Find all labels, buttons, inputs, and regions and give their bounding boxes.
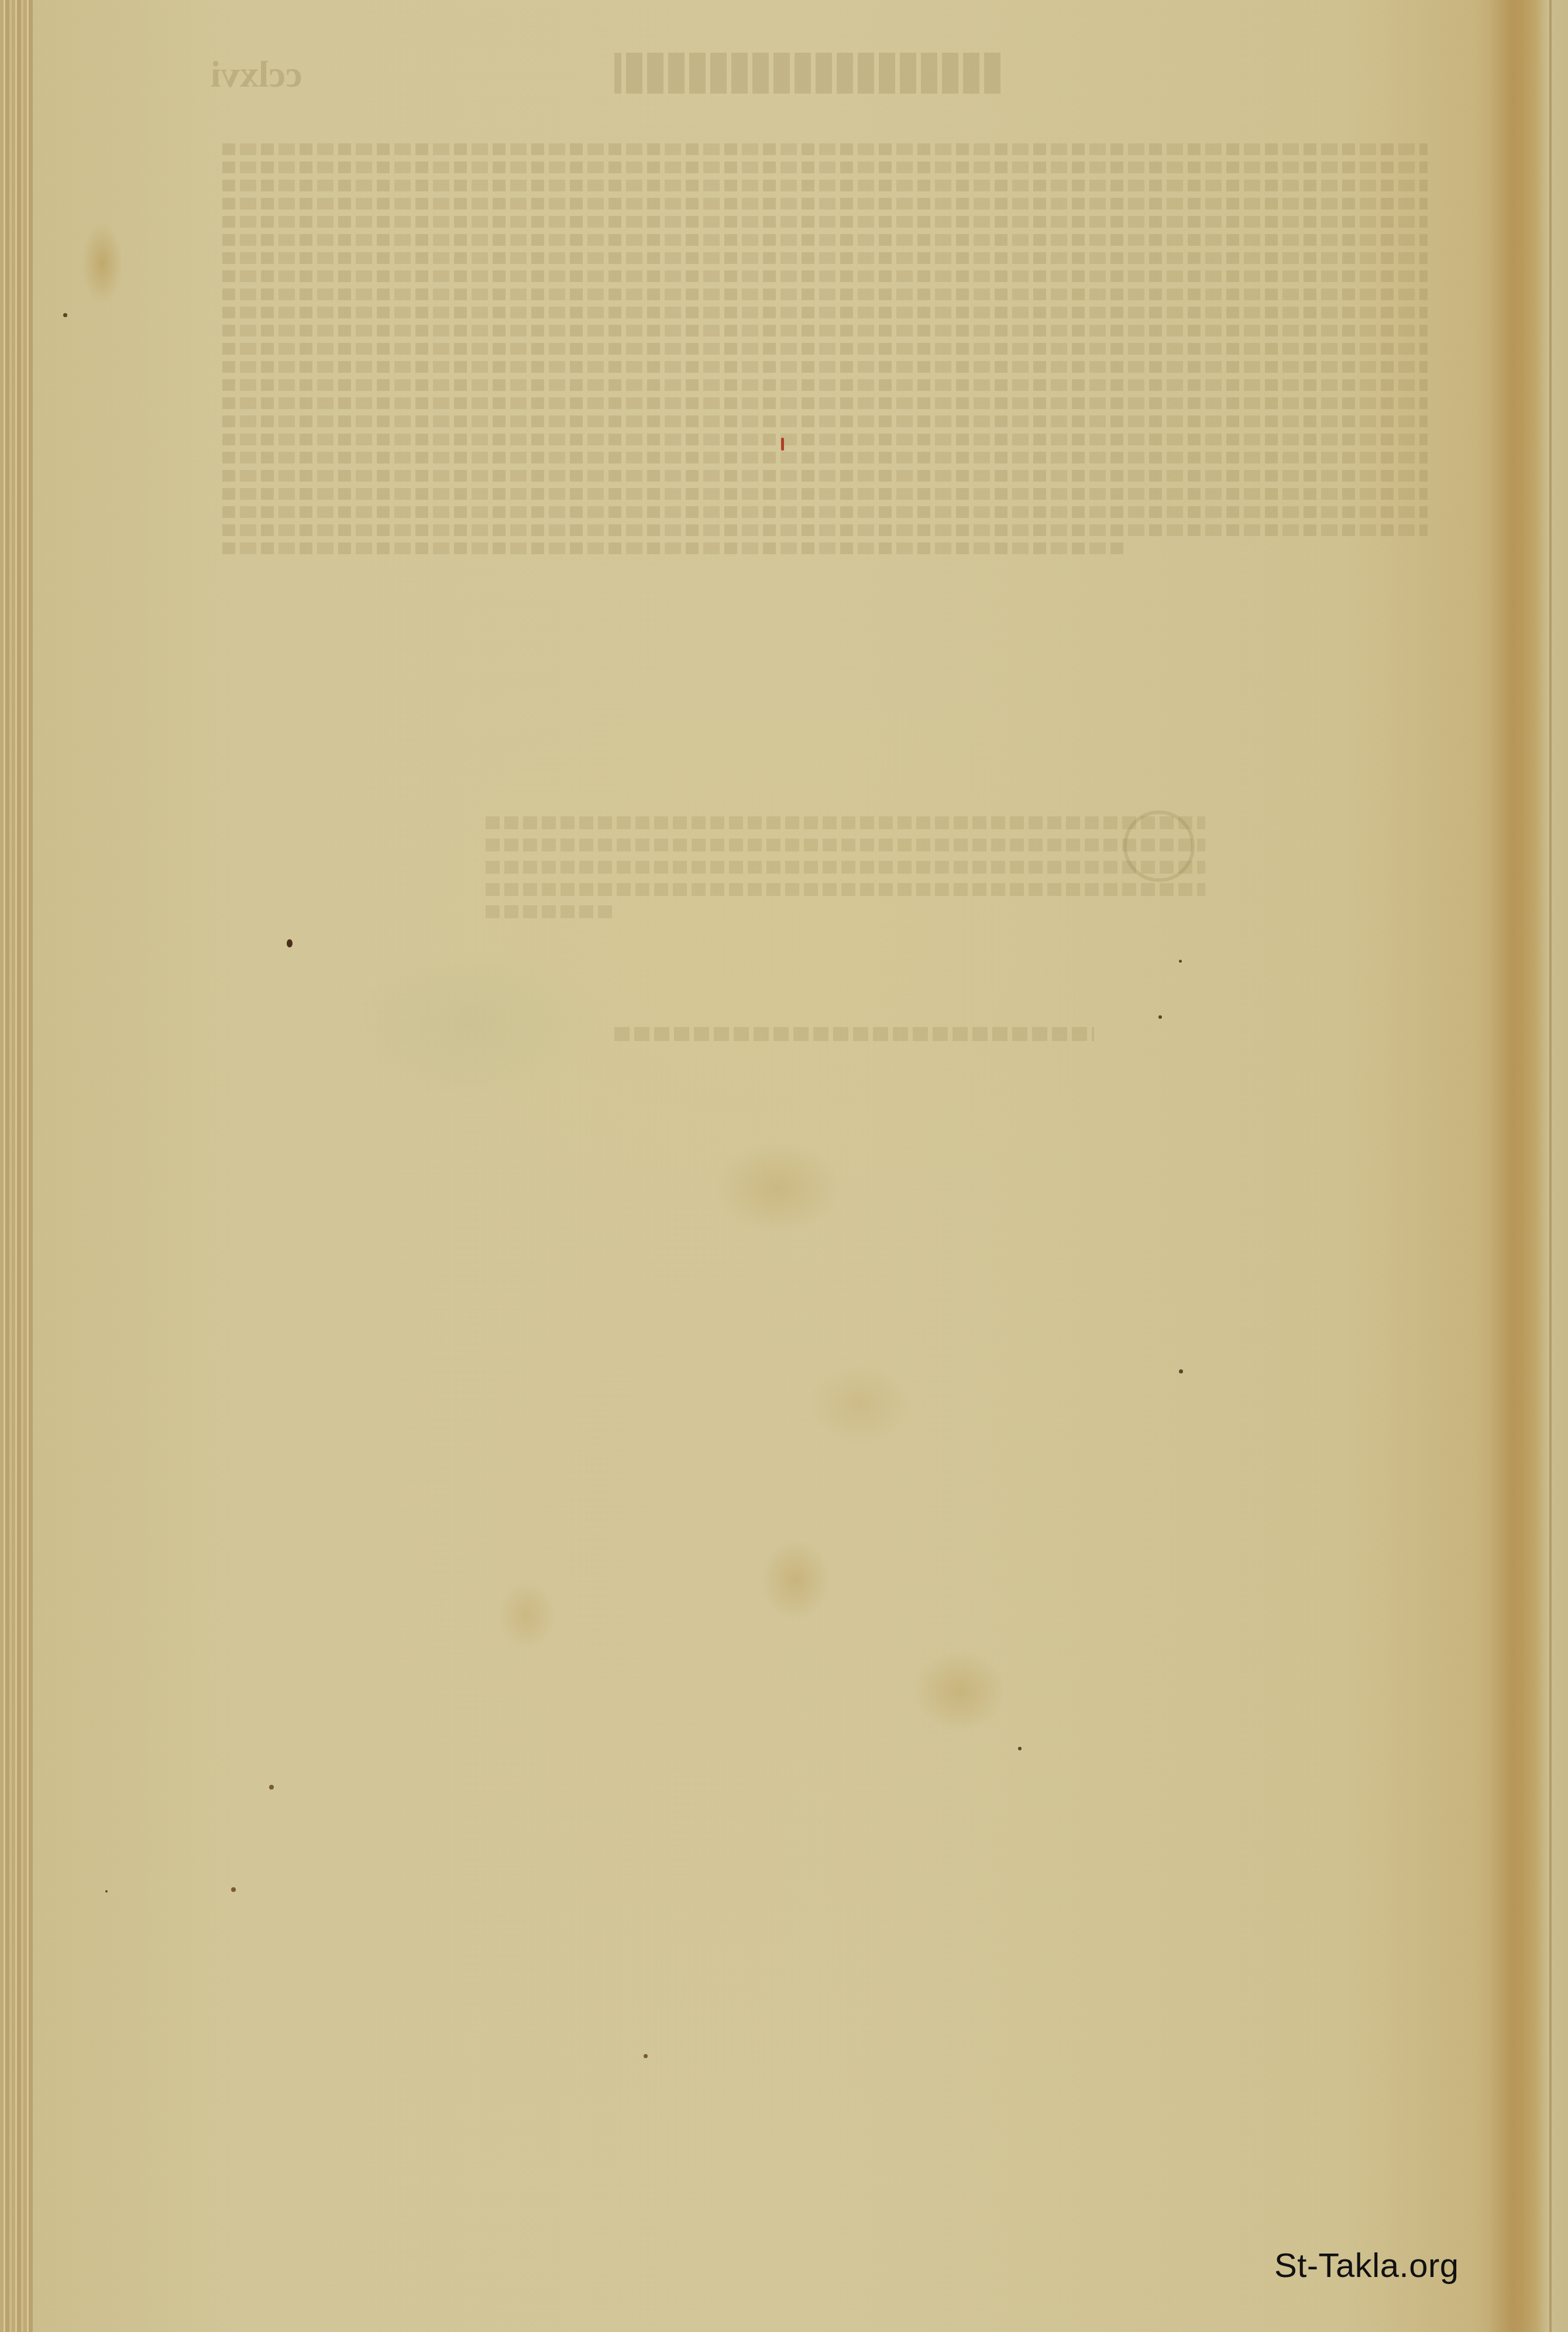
speck [63,313,67,317]
water-stain [82,222,123,304]
foxing-stain [497,1580,556,1650]
speck [1018,1747,1022,1750]
speck [644,2054,648,2058]
bleed-through-folio: cclxvi [211,53,302,94]
foxing-stain [761,1539,831,1621]
bleed-through-initial-letter [1123,810,1195,882]
speck [1158,1015,1162,1019]
speck [269,1785,274,1790]
speck [781,438,784,451]
foxing-stain [351,948,597,1100]
speck [287,939,293,947]
page-stack-left-edge [0,0,33,2332]
bleed-through-closing-paragraph [486,816,1205,928]
speck [105,1890,108,1893]
foxing-stain [714,1141,843,1235]
speck [1179,1369,1183,1373]
bleed-through-colophon [614,1027,1094,1041]
speck [1179,960,1182,963]
bleed-through-running-head [614,53,1000,94]
book-gutter-right [1489,0,1568,2332]
speck [231,1887,236,1892]
foxing-stain [807,1364,913,1445]
foxing-stain [913,1650,1006,1732]
watermark: St-Takla.org [1274,2246,1459,2285]
bleed-through-main-text [222,143,1428,561]
scanned-page: cclxvi St-Takla.org [0,0,1568,2332]
page-edge-line [1549,0,1552,2332]
